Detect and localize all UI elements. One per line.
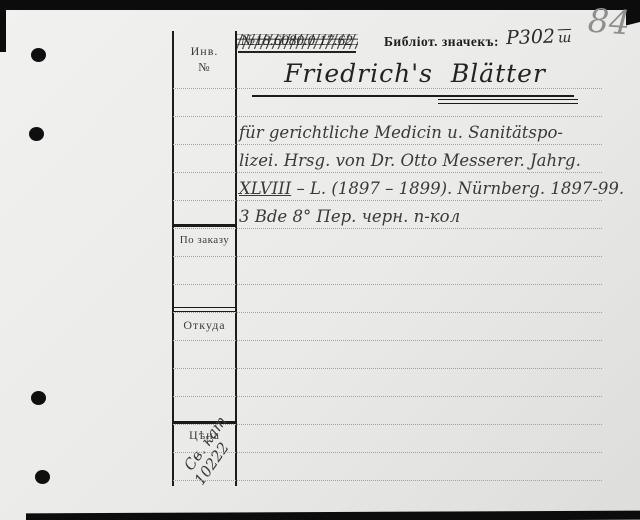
card-title: Friedrich's Blätter xyxy=(250,59,580,88)
ruled-line xyxy=(173,88,602,89)
inventory-number-label: Инв. xyxy=(172,44,237,59)
ruled-line xyxy=(173,284,602,285)
body-line: 3 Bde 8° Пер. черн. п-кол xyxy=(239,203,639,231)
ruled-line xyxy=(173,228,602,229)
body-line3-rest: – L. (1897 – 1899). Nürnberg. 1897-99. xyxy=(291,179,624,198)
struck-out-number: №18.6080.0 17.62 xyxy=(238,33,356,53)
ruled-line xyxy=(173,256,602,257)
section-divider xyxy=(172,224,237,227)
shelf-mark-suffix: ш xyxy=(558,30,572,46)
scan-edge-top xyxy=(0,0,640,10)
scan-edge-bottom xyxy=(26,511,640,520)
title-double-underline xyxy=(438,99,578,104)
title-underline xyxy=(252,95,574,97)
ruled-line xyxy=(173,312,602,313)
volume-range-underlined: XLVIII xyxy=(239,179,291,198)
card-body: für gerichtliche Medicin u. Sanitätspo- … xyxy=(239,119,639,231)
label-column xyxy=(172,31,237,486)
punch-hole xyxy=(29,127,44,141)
origin-label: Откуда xyxy=(172,318,237,333)
shelf-mark-number: Р302 xyxy=(506,25,556,49)
title-part2: Blätter xyxy=(451,59,546,88)
punch-hole xyxy=(35,470,50,484)
ruled-line xyxy=(173,116,602,117)
ruled-line xyxy=(173,200,602,201)
body-line: XLVIII – L. (1897 – 1899). Nürnberg. 189… xyxy=(239,175,639,203)
ruled-line xyxy=(173,144,602,145)
shelf-mark-value: Р302ш xyxy=(506,25,572,49)
order-label: По заказу xyxy=(172,234,237,246)
library-mark-label: Библіот. значекъ: xyxy=(384,34,499,50)
ruled-line xyxy=(173,340,602,341)
catalog-card-scan: Инв. № По заказу Откуда Цѣна №18.6080.0 … xyxy=(0,0,640,520)
ruled-line xyxy=(173,396,602,397)
ruled-line xyxy=(173,480,602,481)
punch-hole xyxy=(31,391,46,405)
ruled-line xyxy=(173,452,602,453)
ruled-line xyxy=(173,172,602,173)
body-line: für gerichtliche Medicin u. Sanitätspo- xyxy=(239,119,639,147)
punch-hole xyxy=(31,48,46,62)
title-part1: Friedrich's xyxy=(284,59,433,88)
scan-edge-left xyxy=(0,8,6,52)
ruled-line xyxy=(173,368,602,369)
corner-pencil-number: 84 xyxy=(587,1,632,43)
body-line: lizei. Hrsg. von Dr. Otto Messerer. Jahr… xyxy=(239,147,639,175)
inventory-number-sign: № xyxy=(172,60,237,75)
ruled-line xyxy=(173,424,602,425)
